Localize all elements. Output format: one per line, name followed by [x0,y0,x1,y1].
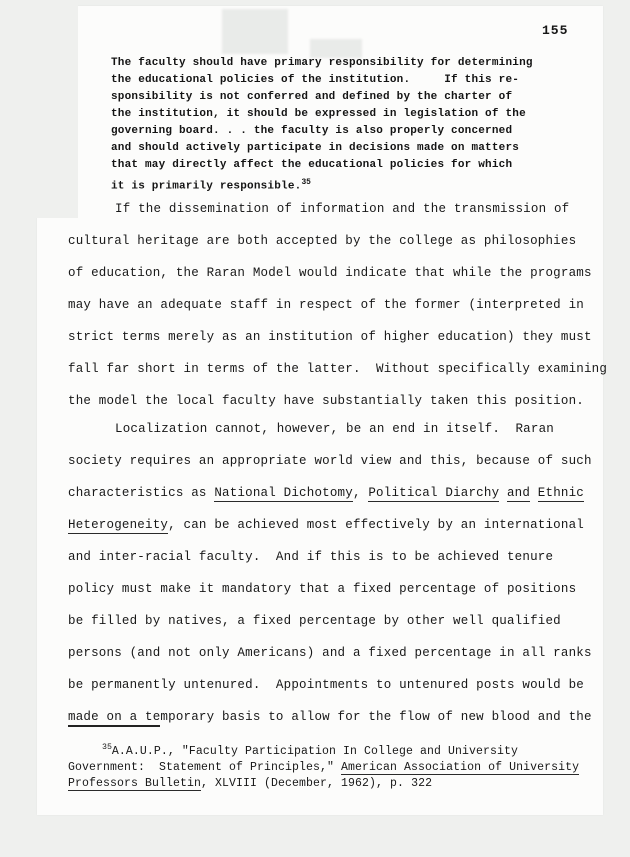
text-line: be permanently untenured. Appointments t… [68,669,592,701]
body-paragraph-2: Localization cannot, however, be an end … [68,413,592,733]
scan-smudge [222,9,288,54]
text-line: Localization cannot, however, be an end … [68,413,592,445]
text-line: strict terms merely as an institution of… [68,321,607,353]
text-line: may have an adequate staff in respect of… [68,289,607,321]
text-line: the institution, it should be expressed … [111,106,533,123]
text-line: Professors Bulletin, XLVIII (December, 1… [68,776,579,792]
text-line: made on a temporary basis to allow for t… [68,701,592,733]
text-line: cultural heritage are both accepted by t… [68,225,607,257]
text-line: sponsibility is not conferred and define… [111,89,533,106]
text-line: the educational policies of the institut… [111,72,533,89]
scanned-document-canvas: 155 The faculty should have primary resp… [0,0,630,857]
text-line: Heterogeneity, can be achieved most effe… [68,509,592,541]
text-line: policy must make it mandatory that a fix… [68,573,592,605]
text-line: governing board. . . the faculty is also… [111,123,533,140]
document-page: 155 The faculty should have primary resp… [37,6,603,815]
text-line: The faculty should have primary responsi… [111,55,533,72]
text-line: of education, the Raran Model would indi… [68,257,607,289]
text-line: that may directly affect the educational… [111,157,533,174]
footnote-separator-rule [68,725,160,727]
text-line: characteristics as National Dichotomy, P… [68,477,592,509]
text-line: persons (and not only Americans) and a f… [68,637,592,669]
text-line: 35A.A.U.P., "Faculty Participation In Co… [68,740,579,760]
text-line: and should actively participate in decis… [111,140,533,157]
page-number: 155 [542,23,568,38]
text-line: Government: Statement of Principles," Am… [68,760,579,776]
text-line: be filled by natives, a fixed percentage… [68,605,592,637]
text-line: and inter-racial faculty. And if this is… [68,541,592,573]
text-line: If the dissemination of information and … [68,193,607,225]
footnote-citation: 35A.A.U.P., "Faculty Participation In Co… [68,740,579,792]
text-line: society requires an appropriate world vi… [68,445,592,477]
scan-margin-notch [0,0,78,218]
body-paragraph-1: If the dissemination of information and … [68,193,607,417]
block-quotation: The faculty should have primary responsi… [111,55,533,196]
text-line: fall far short in terms of the latter. W… [68,353,607,385]
